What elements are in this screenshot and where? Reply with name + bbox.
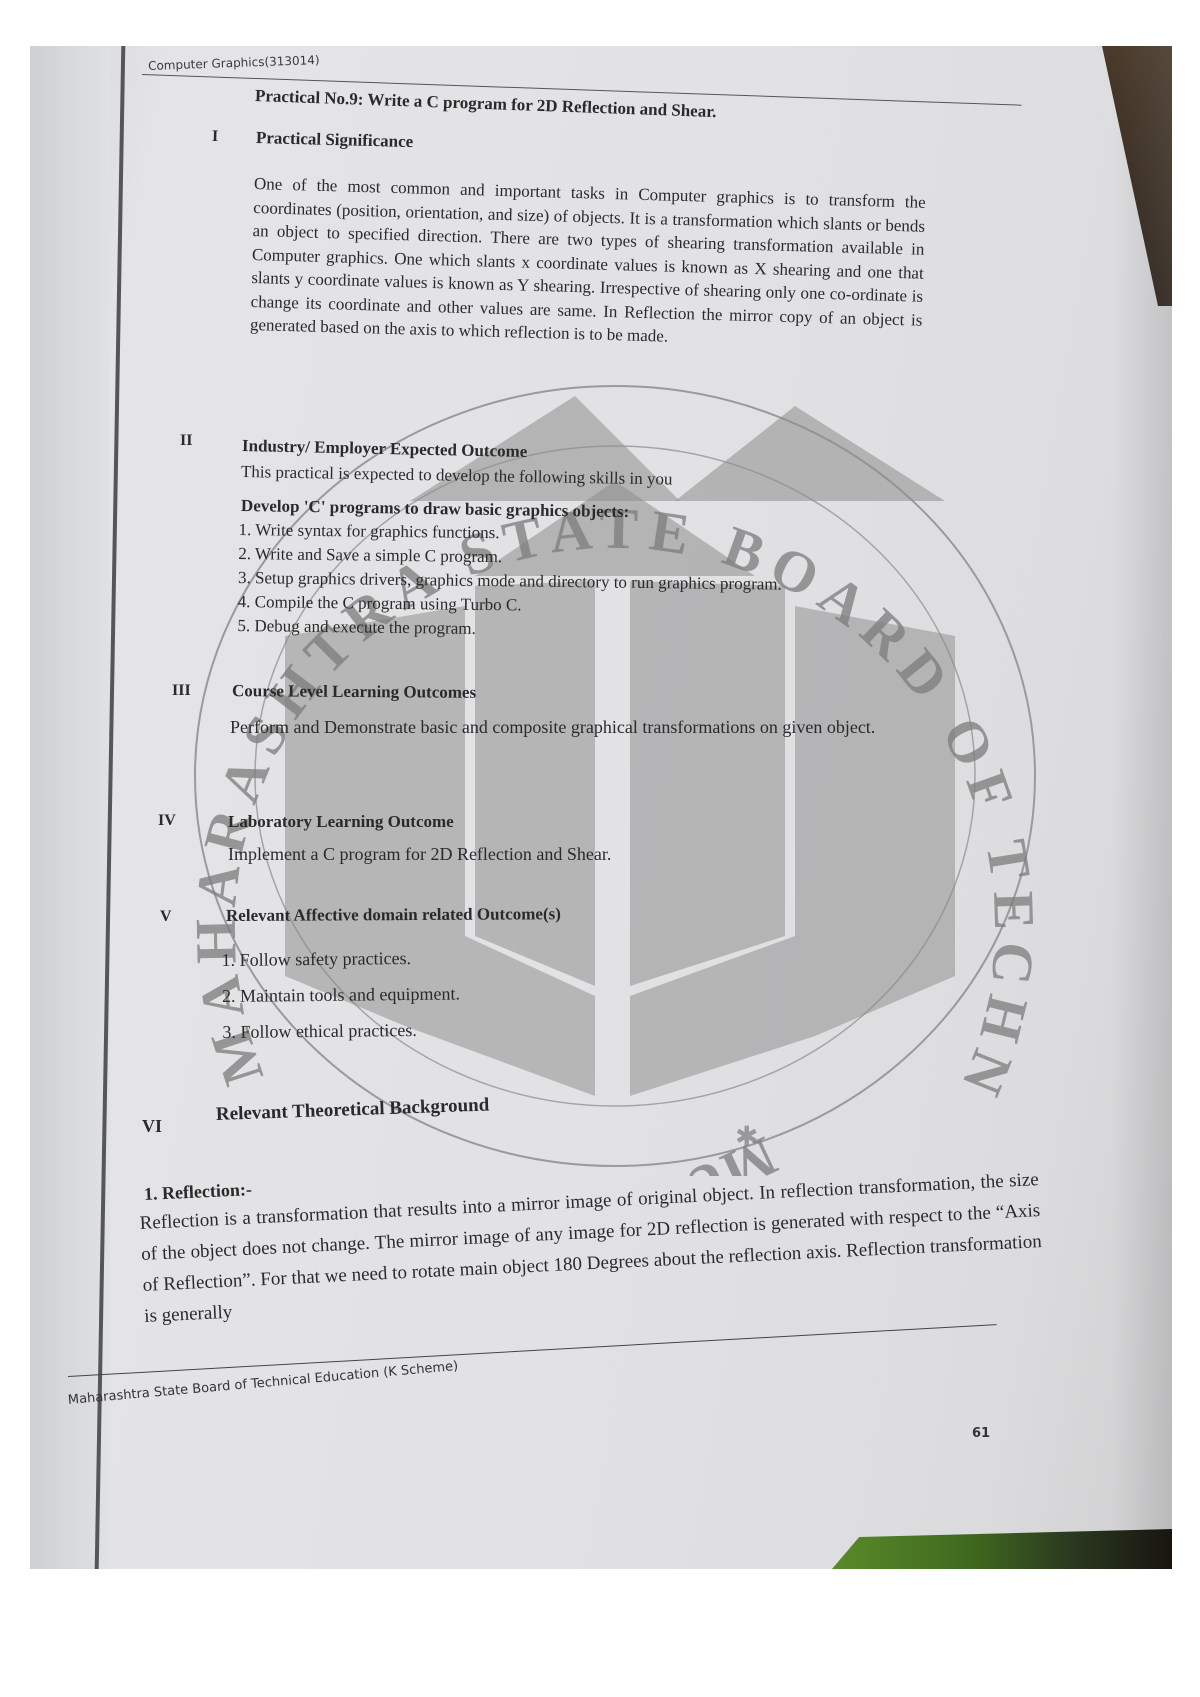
section-number: V: [160, 908, 172, 926]
section-number: IV: [158, 812, 176, 830]
reflection-subheading: 1. Reflection:-: [144, 1179, 253, 1205]
section-heading: Relevant Affective domain related Outcom…: [226, 904, 561, 926]
affective-outcomes-list: 1. Follow safety practices. 2. Maintain …: [221, 940, 460, 1050]
footer-board-name: Maharashtra State Board of Technical Edu…: [67, 1359, 458, 1408]
reflection-text: Reflection is a transformation that resu…: [139, 1164, 1044, 1332]
section-heading: Relevant Theoretical Background: [216, 1094, 490, 1126]
svg-text:✱: ✱: [735, 1122, 758, 1153]
list-item: 1. Follow safety practices.: [221, 940, 459, 978]
msbte-seal-watermark-icon: MAHARASHTRA STATE BOARD OF TECHNICAL EDU…: [175, 376, 1055, 1176]
svg-text:MUMBAI: MUMBAI: [537, 1124, 786, 1176]
section-heading: Industry/ Employer Expected Outcome: [242, 436, 528, 462]
section-number: III: [172, 682, 191, 700]
course-header: Computer Graphics(313014): [148, 53, 320, 73]
list-item: 3. Follow ethical practices.: [222, 1012, 460, 1050]
section-number: VI: [142, 1116, 162, 1137]
section-heading: Practical Significance: [256, 128, 414, 152]
lab-outcome-text: Implement a C program for 2D Reflection …: [228, 844, 611, 865]
skills-list: 1. Write syntax for graphics functions. …: [237, 518, 782, 645]
course-outcome-text: Perform and Demonstrate basic and compos…: [230, 712, 980, 742]
section-heading: Laboratory Learning Outcome: [228, 812, 454, 832]
practical-significance-text: One of the most common and important tas…: [250, 172, 926, 355]
document-photo: MAHARASHTRA STATE BOARD OF TECHNICAL EDU…: [30, 46, 1172, 1569]
list-item: 2. Maintain tools and equipment.: [222, 976, 460, 1014]
section-heading: Course Level Learning Outcomes: [232, 681, 476, 703]
section-intro: This practical is expected to develop th…: [241, 462, 673, 490]
section-number: I: [212, 128, 219, 146]
page-number: 61: [972, 1426, 990, 1441]
section-number: II: [180, 432, 192, 450]
document-page: MAHARASHTRA STATE BOARD OF TECHNICAL EDU…: [30, 46, 1172, 1569]
footer-rule: [68, 1324, 997, 1377]
